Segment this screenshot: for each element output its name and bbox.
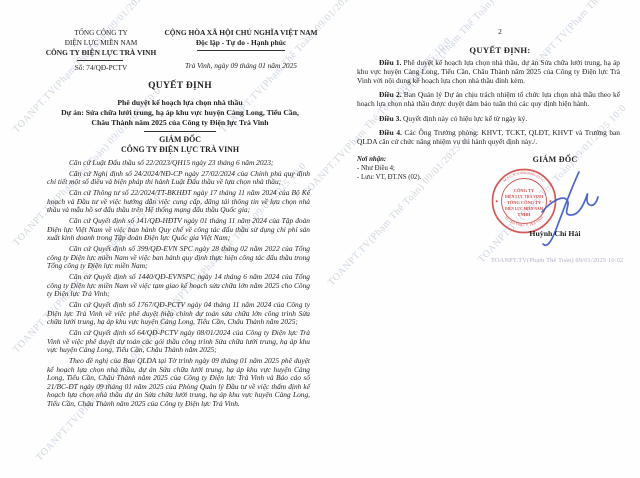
issuing-org-block: TỔNG CÔNG TY ĐIỆN LỰC MIỀN NAM CÔNG TY Đ…	[25, 28, 177, 58]
org-parent-line: TỔNG CÔNG TY	[25, 28, 177, 38]
signature-stroke	[527, 166, 601, 254]
title-divider-line	[144, 131, 216, 132]
recipient-item: - Như Điều 4;	[357, 164, 487, 173]
article-text: Quyết định này có hiệu lực kể từ ngày ký…	[401, 114, 527, 123]
article-lead: Điều 1.	[379, 58, 401, 67]
recipients-block: Nơi nhận: - Như Điều 4; - Lưu: VT, ĐT.NS…	[357, 155, 487, 182]
article-lead: Điều 3.	[379, 114, 401, 123]
national-motto-line1: CỘNG HÒA XÃ HỘI CHỦ NGHĨA VIỆT NAM	[162, 28, 320, 38]
national-header-block: CỘNG HÒA XÃ HỘI CHỦ NGHĨA VIỆT NAM Độc l…	[162, 28, 320, 48]
legal-basis-section: Căn cứ Luật Đấu thầu số 22/2023/QH15 ngà…	[47, 159, 310, 411]
legal-basis-paragraph: Căn cứ Nghị định số 24/2024/NĐ-CP ngày 2…	[47, 170, 310, 187]
motto-underline	[197, 50, 285, 51]
place-and-date: Trà Vinh, ngày 09 tháng 01 năm 2025	[162, 61, 320, 70]
page-number: 2	[350, 27, 640, 36]
recipients-label: Nơi nhận:	[357, 155, 487, 164]
authority-block: GIÁM ĐỐC CÔNG TY ĐIỆN LỰC TRÀ VINH	[30, 135, 330, 155]
national-motto-line2: Độc lập - Tự do - Hạnh phúc	[162, 38, 320, 48]
subtitle-line3: Châu Thành năm 2025 của Công ty Điện lực…	[25, 118, 335, 128]
legal-basis-paragraph: Căn cứ Quyết định số 141/QĐ-HĐTV ngày 01…	[47, 217, 310, 243]
decides-heading: QUYẾT ĐỊNH:	[350, 45, 640, 55]
article-paragraph: Điều 4. Các Ông Trưởng phòng: KHVT, TCKT…	[357, 129, 620, 147]
org-name: CÔNG TY ĐIỆN LỰC TRÀ VINH	[25, 48, 177, 58]
subtitle-line2: Dự án: Sửa chữa lưới trung, hạ áp khu vự…	[25, 108, 335, 118]
article-paragraph: Điều 1. Phê duyệt kế hoạch lựa chọn nhà …	[357, 59, 620, 86]
articles-section: Điều 1. Phê duyệt kế hoạch lựa chọn nhà …	[357, 59, 620, 152]
legal-basis-paragraph: Căn cứ Quyết định số 1767/QĐ-PCTV ngày 0…	[47, 301, 310, 327]
article-lead: Điều 2.	[379, 90, 402, 99]
org-divider-line	[77, 60, 123, 61]
legal-basis-paragraph: Theo đề nghị của Ban QLDA tại Tờ trình n…	[47, 357, 310, 409]
legal-basis-paragraph: Căn cứ Quyết định số 399/QĐ-EVN SPC ngày…	[47, 245, 310, 271]
seal-star-left-icon: ★	[495, 199, 499, 204]
decision-subtitle: Phê duyệt kế hoạch lựa chọn nhà thầu Dự …	[25, 98, 335, 129]
recipient-item: - Lưu: VT, ĐT.NS (02).	[357, 173, 487, 182]
legal-basis-paragraph: Căn cứ Quyết định số 1440/QĐ-EVNSPC ngày…	[47, 273, 310, 299]
legal-basis-paragraph: Căn cứ Thông tư số 22/2024/TT-BKHĐT ngày…	[47, 189, 310, 215]
signer-name: Huỳnh Chí Hải	[500, 229, 610, 238]
authority-title: GIÁM ĐỐC	[30, 135, 330, 145]
authority-company: CÔNG TY ĐIỆN LỰC TRÀ VINH	[30, 145, 330, 155]
article-lead: Điều 4.	[379, 128, 402, 137]
legal-basis-paragraph: Căn cứ Quyết định số 64/QĐ-PCTV ngày 08/…	[47, 329, 310, 355]
decision-title: QUYẾT ĐỊNH	[30, 81, 330, 91]
document-number: Số: 74/QĐ-PCTV	[25, 63, 177, 72]
article-paragraph: Điều 2. Ban Quản lý Dự án chịu trách nhi…	[357, 91, 620, 109]
org-parent-line2: ĐIỆN LỰC MIỀN NAM	[25, 38, 177, 48]
signer-title: GIÁM ĐỐC	[500, 155, 610, 164]
scanned-decision-document: TOANPT.TV(Phạm Thế Toàn) 09/01/2025 10:0…	[0, 0, 640, 478]
legal-basis-paragraph: Căn cứ Luật Đấu thầu số 22/2023/QH15 ngà…	[47, 159, 310, 168]
article-paragraph: Điều 3. Quyết định này có hiệu lực kể từ…	[357, 115, 620, 124]
subtitle-line1: Phê duyệt kế hoạch lựa chọn nhà thầu	[25, 98, 335, 108]
